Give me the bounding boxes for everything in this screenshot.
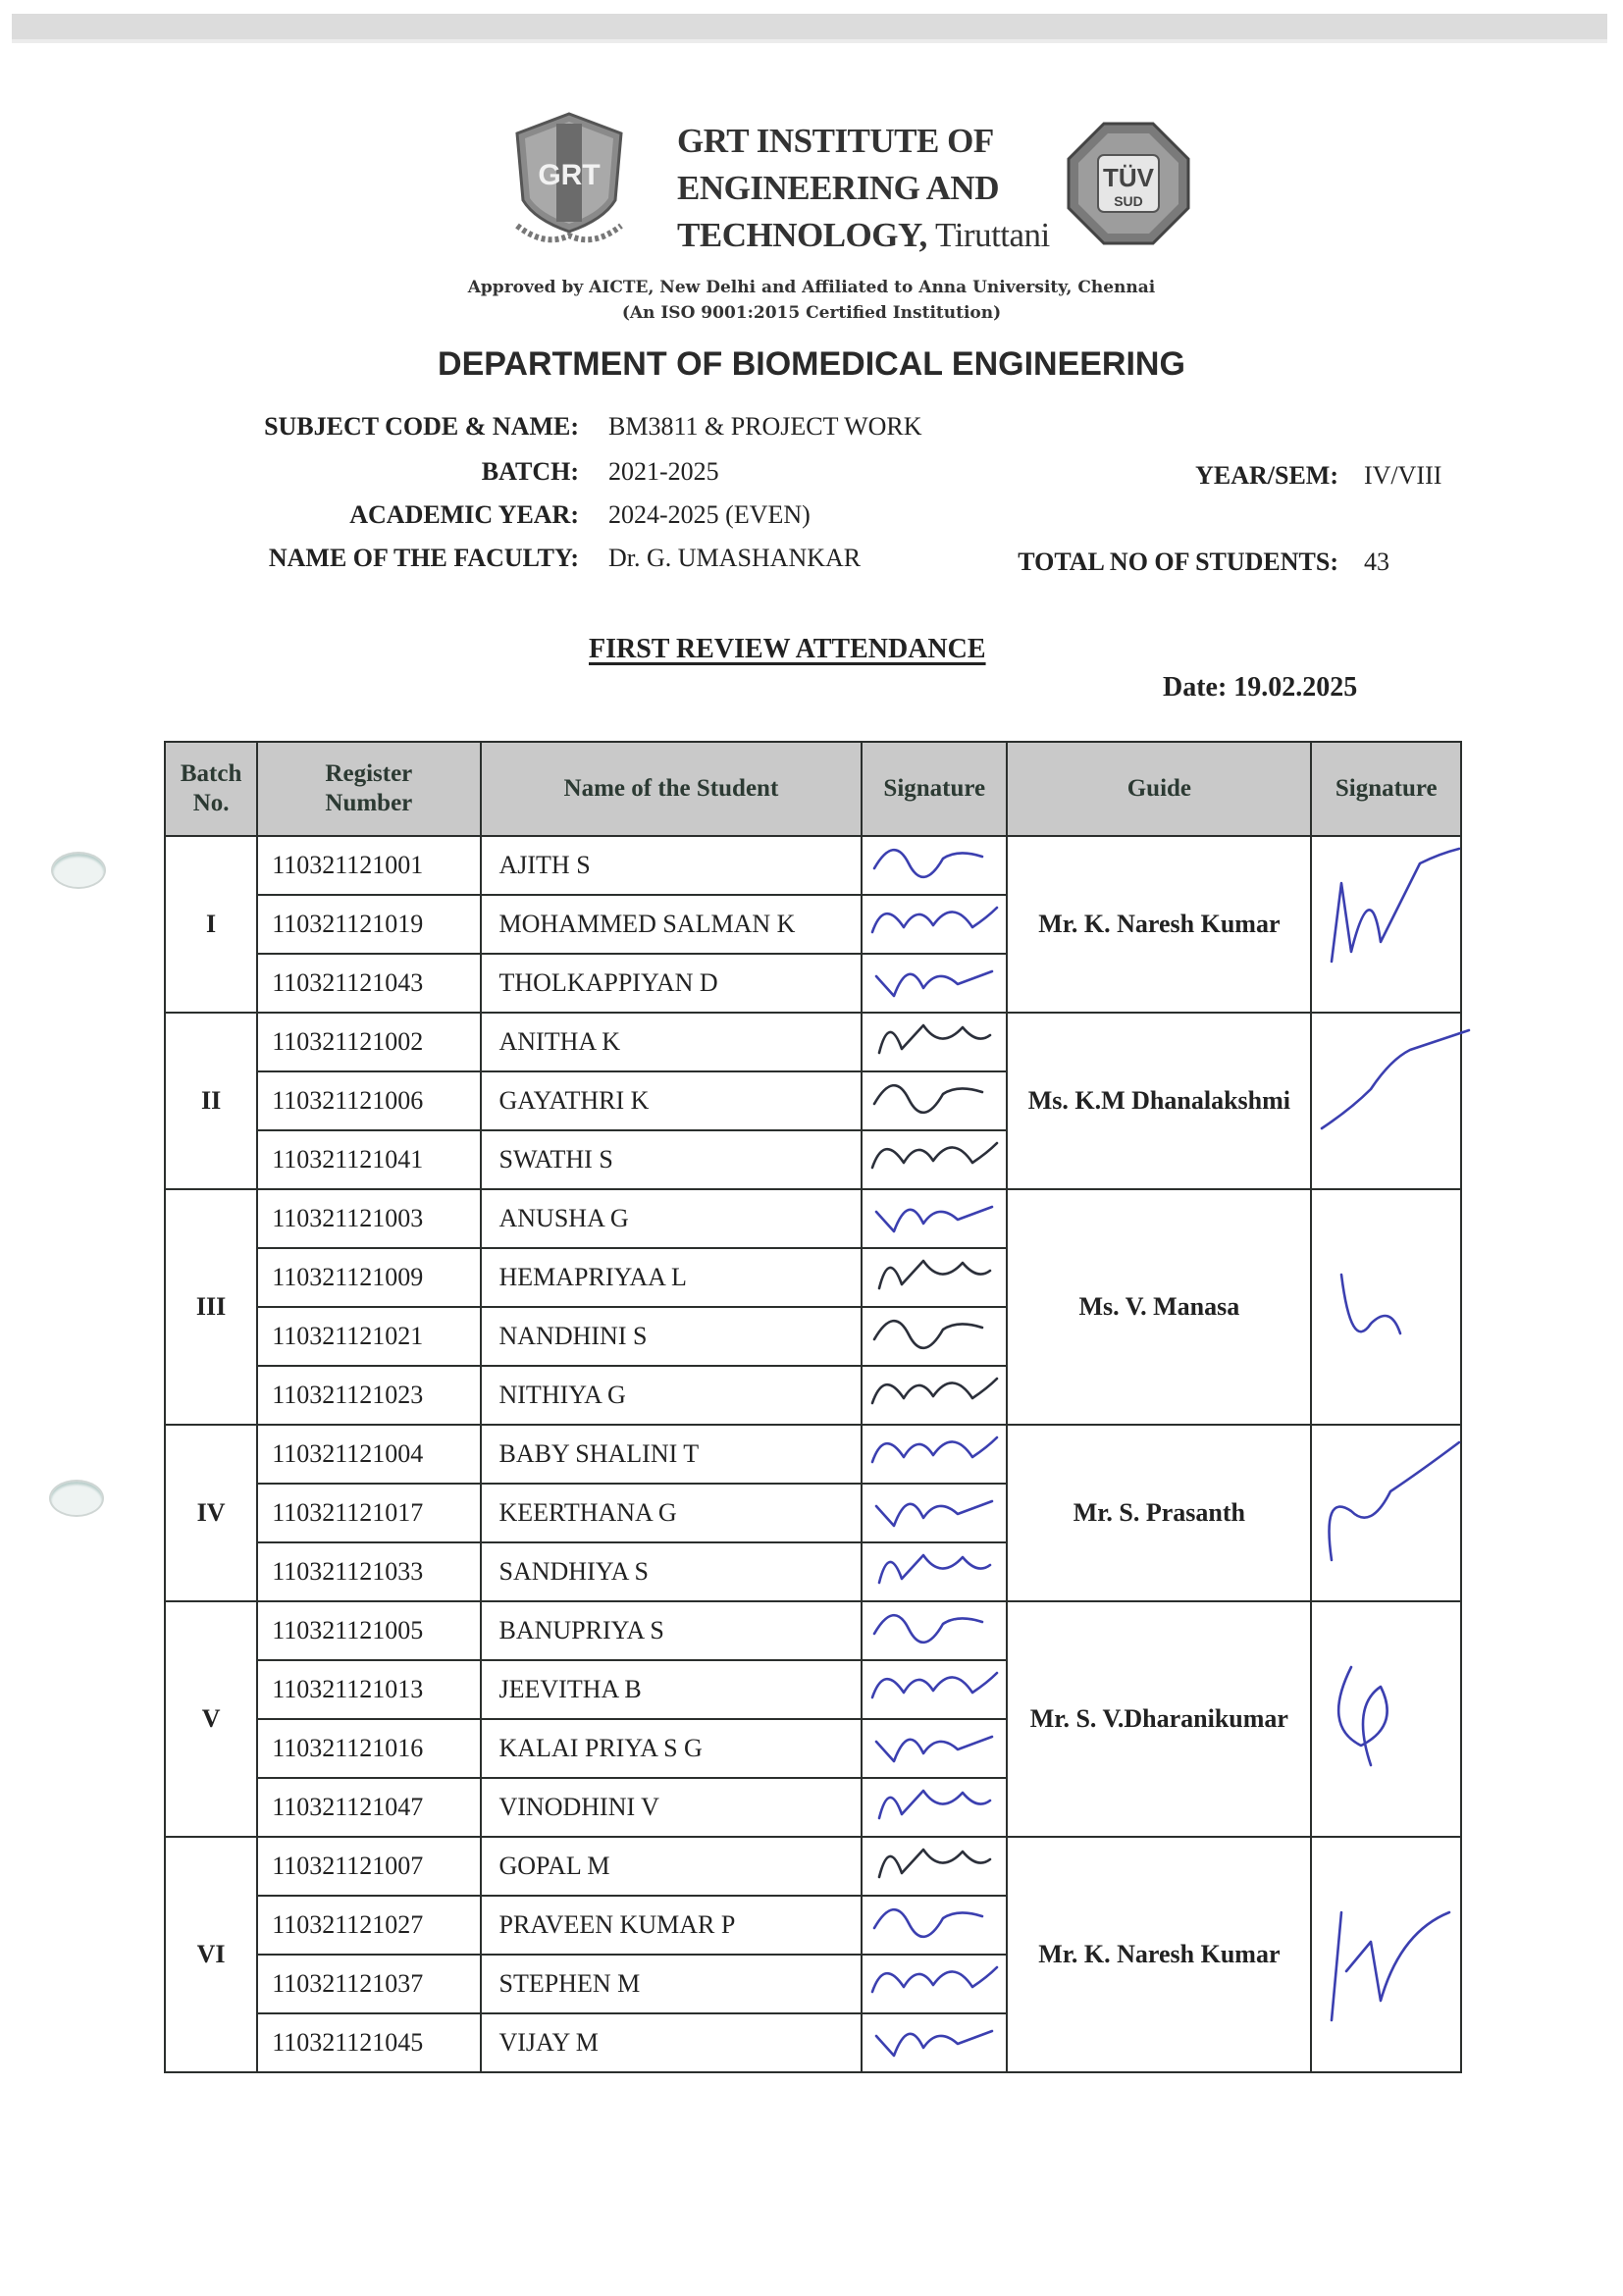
guide-signature (1311, 1189, 1461, 1425)
register-number: 110321121045 (257, 2013, 480, 2072)
handwritten-signature-icon (1312, 1426, 1489, 1596)
table-row: III110321121003ANUSHA GMs. V. Manasa (165, 1189, 1461, 1248)
student-name: MOHAMMED SALMAN K (481, 895, 863, 954)
table-header-row: BatchNo. RegisterNumber Name of the Stud… (165, 742, 1461, 836)
student-signature (862, 836, 1007, 895)
register-number: 110321121027 (257, 1896, 480, 1955)
student-signature (862, 1071, 1007, 1130)
register-number: 110321121041 (257, 1130, 480, 1189)
register-number: 110321121001 (257, 836, 480, 895)
col-header-batch: BatchNo. (165, 742, 257, 836)
subject-value: BM3811 & PROJECT WORK (608, 412, 922, 442)
student-name: BABY SHALINI T (481, 1425, 863, 1484)
student-name: HEMAPRIYAA L (481, 1248, 863, 1307)
student-name: NITHIYA G (481, 1366, 863, 1425)
punch-hole-icon (49, 1480, 104, 1517)
approval-statement: Approved by AICTE, New Delhi and Affilia… (0, 275, 1623, 326)
faculty-label: NAME OF THE FACULTY: (269, 544, 579, 573)
student-signature (862, 1013, 1007, 1071)
institution-name: GRT INSTITUTE OF ENGINEERING AND TECHNOL… (677, 118, 1050, 259)
table-row: VI110321121007GOPAL MMr. K. Naresh Kumar (165, 1837, 1461, 1896)
handwritten-signature-icon (1312, 1602, 1489, 1830)
student-name: ANUSHA G (481, 1189, 863, 1248)
total-students-label: TOTAL NO OF STUDENTS: (1018, 548, 1338, 577)
register-number: 110321121013 (257, 1660, 480, 1719)
student-name: GAYATHRI K (481, 1071, 863, 1130)
certification-line: (An ISO 9001:2015 Certified Institution) (0, 300, 1623, 326)
review-date: Date: 19.02.2025 (1163, 672, 1357, 704)
student-name: PRAVEEN KUMAR P (481, 1896, 863, 1955)
col-header-name: Name of the Student (481, 742, 863, 836)
guide-signature (1311, 1837, 1461, 2072)
student-signature (862, 1484, 1007, 1542)
register-number: 110321121017 (257, 1484, 480, 1542)
register-number: 110321121021 (257, 1307, 480, 1366)
institution-location: Tiruttani (935, 216, 1050, 254)
register-number: 110321121005 (257, 1601, 480, 1660)
handwritten-signature-icon (1312, 837, 1489, 1008)
student-signature (862, 1248, 1007, 1307)
register-number: 110321121043 (257, 954, 480, 1013)
institution-line-3: TECHNOLOGY, (677, 216, 927, 254)
student-name: KALAI PRIYA S G (481, 1719, 863, 1778)
register-number: 110321121009 (257, 1248, 480, 1307)
student-name: KEERTHANA G (481, 1484, 863, 1542)
student-signature (862, 1542, 1007, 1601)
handwritten-signature-icon (1312, 1014, 1489, 1184)
student-name: NANDHINI S (481, 1307, 863, 1366)
batch-number: V (165, 1601, 257, 1837)
student-signature (862, 1130, 1007, 1189)
institution-line-2: ENGINEERING AND (677, 165, 1050, 212)
student-signature (862, 1601, 1007, 1660)
register-number: 110321121007 (257, 1837, 480, 1896)
student-name: VIJAY M (481, 2013, 863, 2072)
col-header-guide: Guide (1007, 742, 1311, 836)
faculty-value: Dr. G. UMASHANKAR (608, 544, 861, 573)
guide-signature (1311, 1425, 1461, 1601)
guide-name: Mr. S. V.Dharanikumar (1007, 1601, 1311, 1837)
guide-name: Mr. K. Naresh Kumar (1007, 836, 1311, 1013)
grt-shield-logo-icon: GRT (505, 110, 633, 247)
svg-text:TÜV: TÜV (1103, 163, 1155, 192)
batch-label: BATCH: (482, 457, 579, 487)
register-number: 110321121047 (257, 1778, 480, 1837)
guide-signature (1311, 836, 1461, 1013)
student-signature (862, 1837, 1007, 1896)
svg-text:GRT: GRT (538, 159, 600, 191)
student-name: GOPAL M (481, 1837, 863, 1896)
col-header-guide-signature: Signature (1311, 742, 1461, 836)
student-signature (862, 1660, 1007, 1719)
yearsem-label: YEAR/SEM: (1195, 461, 1338, 491)
student-signature (862, 895, 1007, 954)
approval-line: Approved by AICTE, New Delhi and Affilia… (0, 275, 1623, 300)
student-name: SANDHIYA S (481, 1542, 863, 1601)
tuv-certification-logo-icon: TÜV SUD (1065, 120, 1192, 247)
handwritten-signature-icon (864, 2007, 1012, 2075)
register-number: 110321121006 (257, 1071, 480, 1130)
batch-number: III (165, 1189, 257, 1425)
student-name: JEEVITHA B (481, 1660, 863, 1719)
register-number: 110321121002 (257, 1013, 480, 1071)
col-header-register: RegisterNumber (257, 742, 480, 836)
register-number: 110321121033 (257, 1542, 480, 1601)
student-name: SWATHI S (481, 1130, 863, 1189)
review-title: FIRST REVIEW ATTENDANCE (589, 634, 986, 665)
total-students-value: 43 (1364, 548, 1389, 577)
register-number: 110321121037 (257, 1955, 480, 2013)
col-header-signature: Signature (862, 742, 1007, 836)
guide-name: Mr. S. Prasanth (1007, 1425, 1311, 1601)
student-name: STEPHEN M (481, 1955, 863, 2013)
student-name: THOLKAPPIYAN D (481, 954, 863, 1013)
register-number: 110321121004 (257, 1425, 480, 1484)
batch-number: I (165, 836, 257, 1013)
table-row: I110321121001AJITH SMr. K. Naresh Kumar (165, 836, 1461, 895)
register-number: 110321121019 (257, 895, 480, 954)
student-signature (862, 1719, 1007, 1778)
batch-number: VI (165, 1837, 257, 2072)
student-signature (862, 1955, 1007, 2013)
scan-edge-shadow-lower (12, 39, 1607, 43)
register-number: 110321121016 (257, 1719, 480, 1778)
yearsem-value: IV/VIII (1364, 461, 1441, 491)
guide-name: Mr. K. Naresh Kumar (1007, 1837, 1311, 2072)
department-title: DEPARTMENT OF BIOMEDICAL ENGINEERING (0, 345, 1623, 384)
academic-year-value: 2024-2025 (EVEN) (608, 500, 811, 530)
student-name: VINODHINI V (481, 1778, 863, 1837)
academic-year-label: ACADEMIC YEAR: (349, 500, 579, 530)
punch-hole-icon (51, 852, 106, 889)
batch-value: 2021-2025 (608, 457, 719, 487)
table-row: V110321121005BANUPRIYA SMr. S. V.Dharani… (165, 1601, 1461, 1660)
guide-name: Ms. K.M Dhanalakshmi (1007, 1013, 1311, 1189)
student-name: ANITHA K (481, 1013, 863, 1071)
handwritten-signature-icon (1312, 1838, 1489, 2065)
svg-text:SUD: SUD (1114, 193, 1143, 209)
student-signature (862, 2013, 1007, 2072)
guide-signature (1311, 1013, 1461, 1189)
batch-number: IV (165, 1425, 257, 1601)
attendance-table: BatchNo. RegisterNumber Name of the Stud… (164, 741, 1462, 2073)
handwritten-signature-icon (1312, 1190, 1489, 1418)
guide-signature (1311, 1601, 1461, 1837)
student-signature (862, 1778, 1007, 1837)
student-signature (862, 1366, 1007, 1425)
register-number: 110321121003 (257, 1189, 480, 1248)
institution-line-1: GRT INSTITUTE OF (677, 118, 1050, 165)
table-row: IV110321121004BABY SHALINI TMr. S. Prasa… (165, 1425, 1461, 1484)
guide-name: Ms. V. Manasa (1007, 1189, 1311, 1425)
register-number: 110321121023 (257, 1366, 480, 1425)
student-signature (862, 1307, 1007, 1366)
table-row: II110321121002ANITHA KMs. K.M Dhanalaksh… (165, 1013, 1461, 1071)
student-signature (862, 1189, 1007, 1248)
subject-label: SUBJECT CODE & NAME: (264, 412, 579, 442)
student-signature (862, 1896, 1007, 1955)
batch-number: II (165, 1013, 257, 1189)
student-signature (862, 1425, 1007, 1484)
student-signature (862, 954, 1007, 1013)
student-name: BANUPRIYA S (481, 1601, 863, 1660)
student-name: AJITH S (481, 836, 863, 895)
